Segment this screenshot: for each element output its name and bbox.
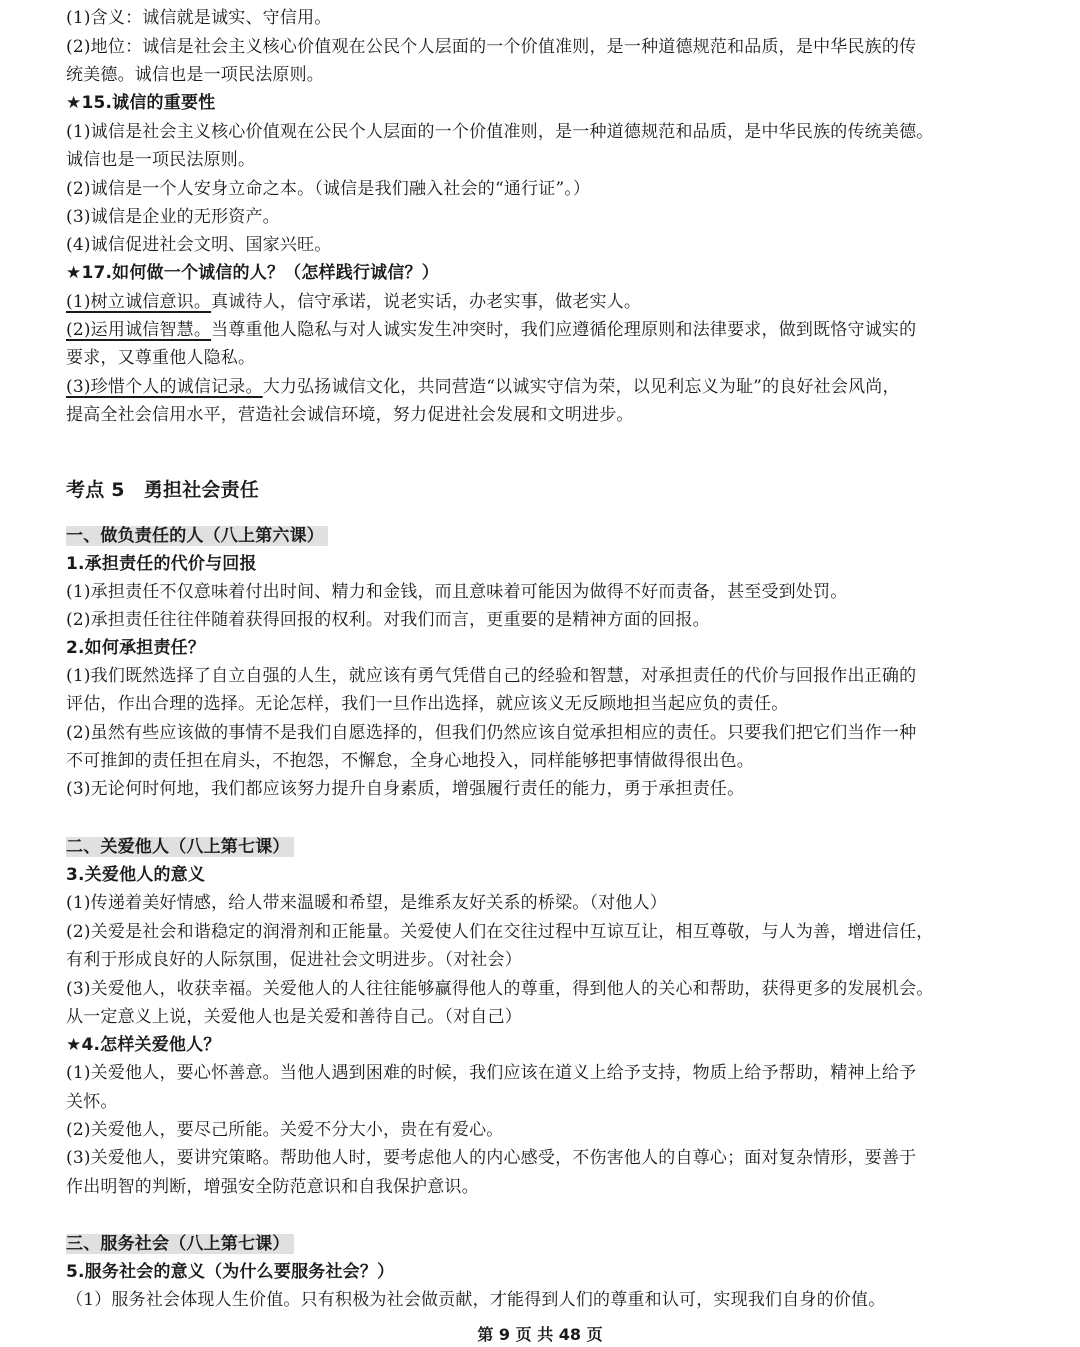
paragraph-line: (2)关爱他人，要尽己所能。关爱不分大小，贵在有爱心。 (66, 1116, 503, 1144)
paragraph-line: (2)虽然有些应该做的事情不是我们自愿选择的，但我们仍然应该自觉承担相应的责任。… (66, 719, 916, 747)
paragraph-line: 关怀。 (66, 1088, 118, 1116)
page-footer: 第 9 页 共 48 页 (0, 1322, 1080, 1345)
section-heading-row: 二、关爱他人（八上第七课） (66, 833, 294, 861)
section-heading: 一、做负责任的人（八上第六课） (66, 526, 328, 546)
paragraph-line: 从一定意义上说，关爱他人也是关爱和善待自己。（对自己） (66, 1003, 522, 1031)
subheading: 3.关爱他人的意义 (66, 861, 205, 889)
paragraph-text: 当尊重他人隐私与对人诚实发生冲突时，我们应遵循伦理原则和法律要求，做到既恪守诚实… (211, 320, 916, 340)
paragraph-line: (1)关爱他人，要心怀善意。当他人遇到困难的时候，我们应该在道义上给予支持，物质… (66, 1059, 916, 1087)
paragraph-line: 诚信也是一项民法原则。 (66, 146, 255, 174)
topic-title: 考点 5 勇担社会责任 (66, 476, 259, 504)
subheading: 5.服务社会的意义（为什么要服务社会？） (66, 1258, 394, 1286)
section-heading-row: 三、服务社会（八上第七课） (66, 1230, 294, 1258)
paragraph-line: (2)承担责任往往伴随着获得回报的权利。对我们而言，更重要的是精神方面的回报。 (66, 606, 710, 634)
paragraph-line: (1)含义：诚信就是诚实、守信用。 (66, 4, 331, 32)
paragraph-line: （1）服务社会体现人生价值。只有积极为社会做贡献，才能得到人们的尊重和认可，实现… (66, 1286, 885, 1314)
paragraph-line: (1)诚信是社会主义核心价值观在公民个人层面的一个价值准则，是一种道德规范和品质… (66, 118, 933, 146)
underlined-key-phrase: (1)树立诚信意识。 (66, 292, 211, 312)
subheading: ★17.如何做一个诚信的人？（怎样践行诚信？） (66, 259, 439, 287)
paragraph-line: (2)关爱是社会和谐稳定的润滑剂和正能量。关爱使人们在交往过程中互谅互让，相互尊… (66, 918, 933, 946)
paragraph-line: (3)关爱他人，收获幸福。关爱他人的人往往能够赢得他人的尊重，得到他人的关心和帮… (66, 975, 933, 1003)
paragraph-line: (2)运用诚信智慧。当尊重他人隐私与对人诚实发生冲突时，我们应遵循伦理原则和法律… (66, 316, 916, 344)
section-heading-row: 一、做负责任的人（八上第六课） (66, 522, 328, 550)
paragraph-line: 提高全社会信用水平，营造社会诚信环境，努力促进社会发展和文明进步。 (66, 401, 634, 429)
subheading: 2.如何承担责任？ (66, 634, 205, 662)
paragraph-line: (1)我们既然选择了自立自强的人生，就应该有勇气凭借自己的经验和智慧，对承担责任… (66, 662, 916, 690)
paragraph-line: 作出明智的判断，增强安全防范意识和自我保护意识。 (66, 1173, 479, 1201)
paragraph-line: (2)诚信是一个人安身立命之本。（诚信是我们融入社会的“通行证”。） (66, 175, 590, 203)
subheading: ★15.诚信的重要性 (66, 89, 215, 117)
paragraph-line: (3)关爱他人，要讲究策略。帮助他人时，要考虑他人的内心感受，不伤害他人的自尊心… (66, 1144, 916, 1172)
paragraph-text: 真诚待人，信守承诺，说老实话，办老实事，做老实人。 (211, 292, 641, 312)
underlined-key-phrase: (2)运用诚信智慧。 (66, 320, 211, 340)
paragraph-line: 评估，作出合理的选择。无论怎样，我们一旦作出选择，就应该义无反顾地担当起应负的责… (66, 690, 788, 718)
underlined-key-phrase: (3)珍惜个人的诚信记录。 (66, 377, 263, 397)
paragraph-line: 要求，又尊重他人隐私。 (66, 344, 255, 372)
paragraph-line: 统美德。诚信也是一项民法原则。 (66, 61, 324, 89)
paragraph-line: 有利于形成良好的人际氛围，促进社会文明进步。（对社会） (66, 946, 522, 974)
paragraph-line: (3)珍惜个人的诚信记录。大力弘扬诚信文化，共同营造“以诚实守信为荣，以见利忘义… (66, 373, 900, 401)
paragraph-line: (1)树立诚信意识。真诚待人，信守承诺，说老实话，办老实事，做老实人。 (66, 288, 641, 316)
section-heading: 三、服务社会（八上第七课） (66, 1234, 294, 1254)
paragraph-text: 大力弘扬诚信文化，共同营造“以诚实守信为荣，以见利忘义为耻”的良好社会风尚， (263, 377, 900, 397)
paragraph-line: (4)诚信促进社会文明、国家兴旺。 (66, 231, 331, 259)
section-heading: 二、关爱他人（八上第七课） (66, 837, 294, 857)
subheading: 1.承担责任的代价与回报 (66, 550, 257, 578)
paragraph-line: (3)诚信是企业的无形资产。 (66, 203, 280, 231)
subheading: ★4.怎样关爱他人？ (66, 1031, 221, 1059)
paragraph-line: (2)地位：诚信是社会主义核心价值观在公民个人层面的一个价值准则，是一种道德规范… (66, 33, 916, 61)
paragraph-line: 不可推卸的责任担在肩头，不抱怨，不懈怠，全身心地投入，同样能够把事情做得很出色。 (66, 747, 754, 775)
paragraph-line: (1)传递着美好情感，给人带来温暖和希望，是维系友好关系的桥梁。（对他人） (66, 889, 667, 917)
paragraph-line: (1)承担责任不仅意味着付出时间、精力和金钱，而且意味着可能因为做得不好而责备，… (66, 578, 847, 606)
paragraph-line: (3)无论何时何地，我们都应该努力提升自身素质，增强履行责任的能力，勇于承担责任… (66, 775, 744, 803)
